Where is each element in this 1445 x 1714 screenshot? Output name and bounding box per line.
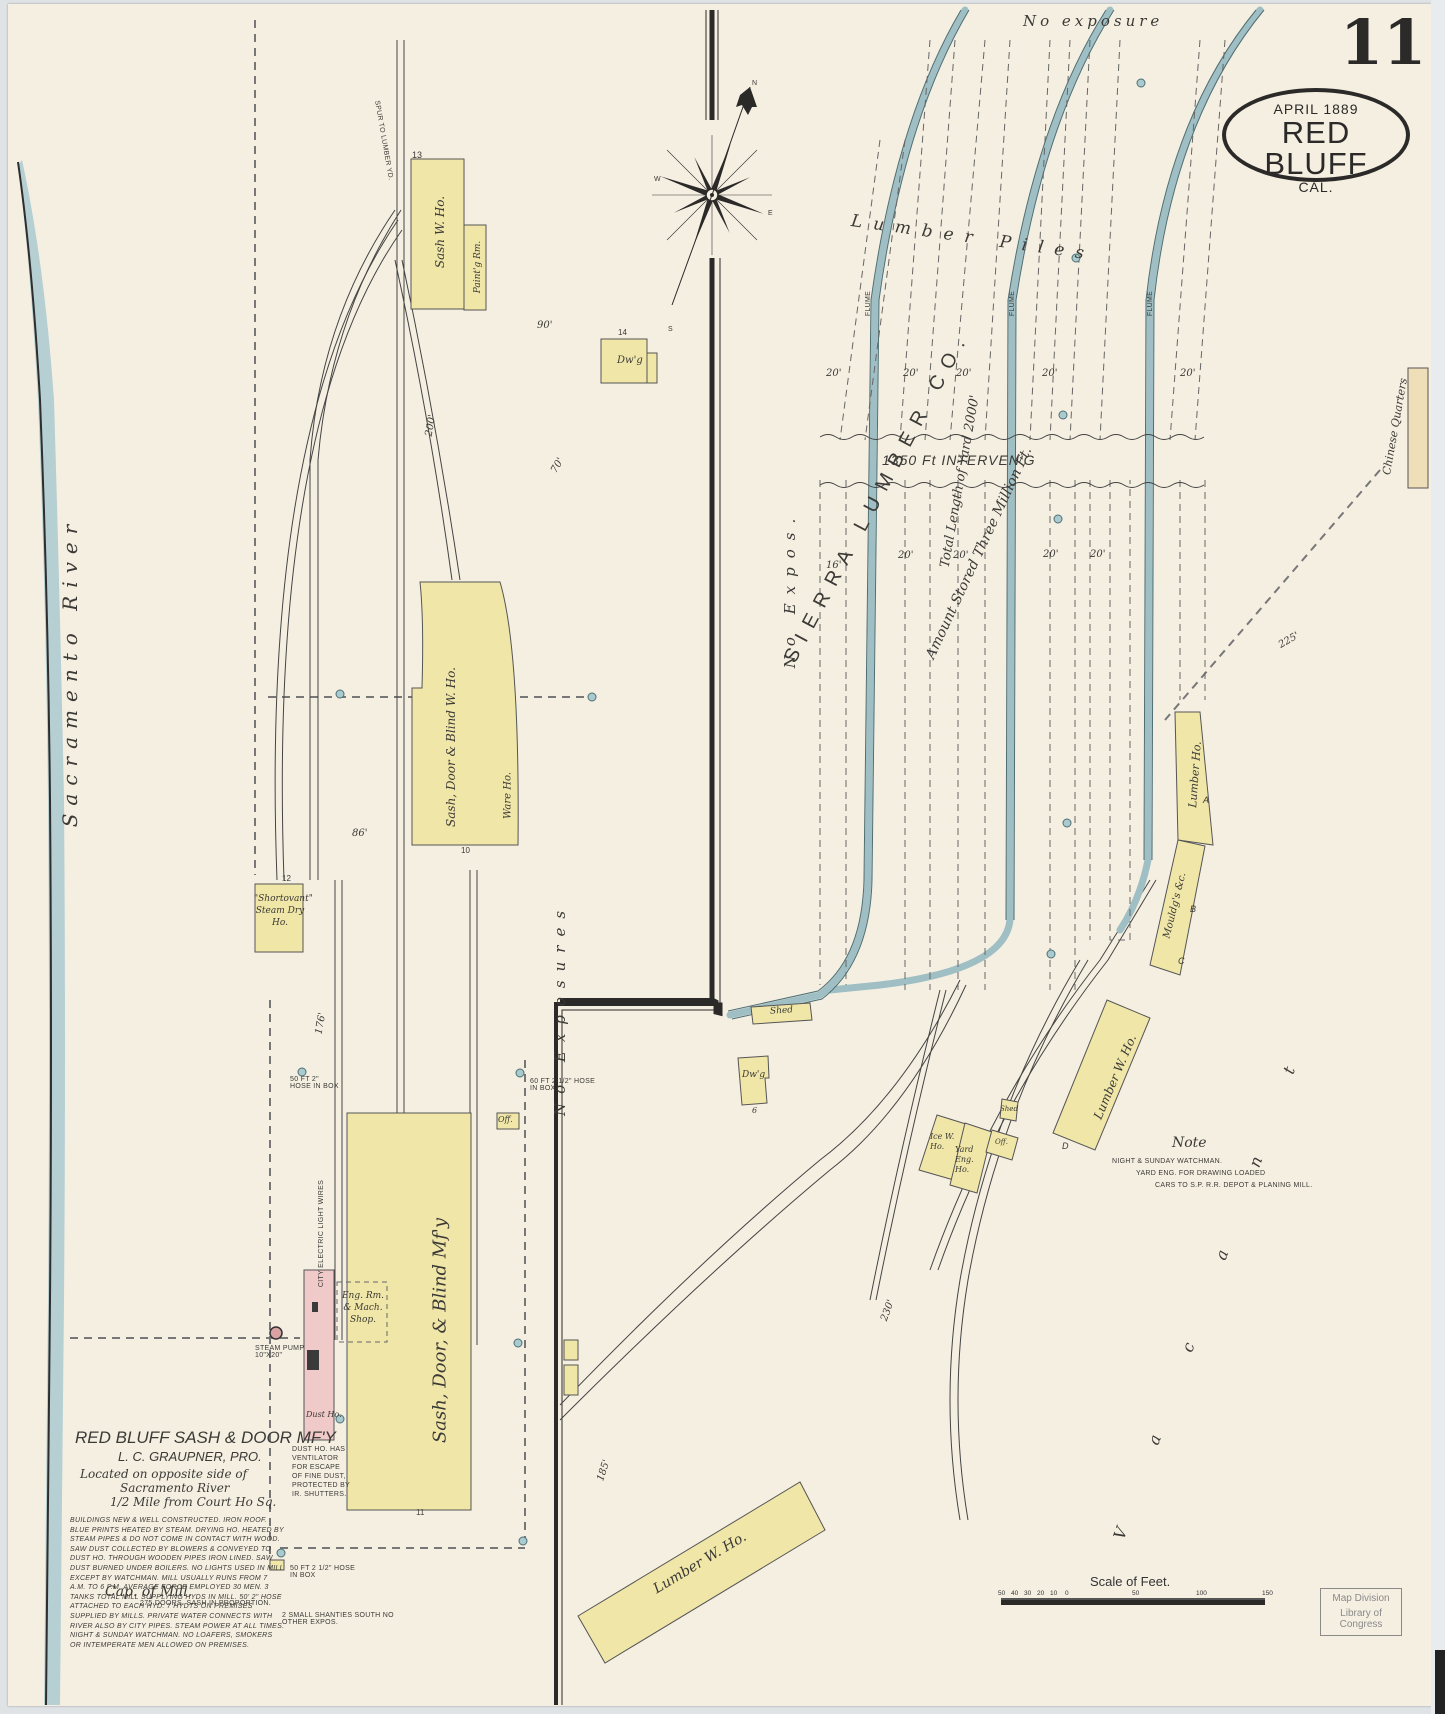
scale-tick: 50 xyxy=(1132,1590,1139,1597)
scale-tick: 50 xyxy=(998,1590,1005,1597)
stamp-line-2: Library of Congress xyxy=(1321,1608,1401,1630)
title-cartouche: APRIL 1889 RED BLUFF CAL. xyxy=(1222,88,1410,182)
hose-note-2: 60 FT 2 1/2" HOSE IN BOX xyxy=(530,1078,600,1092)
mill-proprietor: L. C. GRAUPNER, PRO. xyxy=(118,1449,262,1464)
pile-width: 20' xyxy=(898,550,913,561)
river-label: Sacramento River xyxy=(58,402,82,942)
compass-n: N xyxy=(752,80,757,87)
scale-bar xyxy=(1001,1598,1265,1605)
mill-title: RED BLUFF SASH & DOOR MF'Y xyxy=(75,1428,336,1448)
city-name: RED BLUFF xyxy=(1226,117,1406,179)
flume-label: FLUME xyxy=(1147,291,1154,316)
flume-label: FLUME xyxy=(1009,291,1016,316)
library-stamp: Map Division Library of Congress xyxy=(1320,1588,1402,1636)
exposure-top: No exposure xyxy=(1023,12,1163,30)
scale-tick: 30 xyxy=(1024,1590,1031,1597)
building-14-label: Dw'g xyxy=(617,355,643,366)
stamp-line-1: Map Division xyxy=(1321,1593,1401,1604)
pile-width: 20' xyxy=(1042,368,1057,379)
yard-eng-label: Yard Eng. Ho. xyxy=(955,1145,985,1175)
chinese-quarters xyxy=(1408,368,1428,488)
pile-width: 20' xyxy=(956,368,971,379)
building-11-label: Sash, Door, & Blind Mf'y xyxy=(430,1181,451,1481)
pile-width: 20' xyxy=(1043,549,1058,560)
building-11-number: 11 xyxy=(416,1508,424,1517)
dwelling-6-label: Dw'g xyxy=(742,1070,765,1080)
building-13-number: 13 xyxy=(412,150,422,160)
note-line-3: CARS TO S.P. R.R. DEPOT & PLANING MILL. xyxy=(1155,1182,1312,1189)
note-title: Note xyxy=(1172,1135,1207,1151)
steam-pump xyxy=(270,1327,282,1339)
building-12-number: 12 xyxy=(282,874,291,883)
exposure-left: No Exposures xyxy=(551,849,569,1169)
building-10-label: Sash, Door & Blind W. Ho. xyxy=(444,662,458,832)
electric-wires-note: CITY ELECTRIC LIGHT WIRES xyxy=(318,1180,325,1287)
dwelling-6 xyxy=(738,1056,769,1105)
scale-title: Scale of Feet. xyxy=(1090,1574,1170,1589)
building-13-annex: Paint'g Rm. xyxy=(473,237,483,297)
scale-tick: 0 xyxy=(1065,1590,1069,1597)
pile-width: 20' xyxy=(953,550,968,561)
pile-width: 20' xyxy=(903,368,918,379)
pile-width: 20' xyxy=(1090,549,1105,560)
pile-width: 20' xyxy=(826,368,841,379)
state-name: CAL. xyxy=(1226,179,1406,195)
engine-room-label: Eng. Rm. & Mach. Shop. xyxy=(338,1290,388,1326)
building-10-number: 10 xyxy=(461,846,470,855)
office-2-label: Off. xyxy=(995,1138,1008,1146)
shed-2-label: Shed xyxy=(1000,1105,1018,1113)
mark-b: B xyxy=(1190,904,1196,914)
building-12-label: "Shortovant" Steam Dry Ho. xyxy=(254,893,306,929)
scale-tick: 40 xyxy=(1011,1590,1018,1597)
scale-tick: 10 xyxy=(1050,1590,1057,1597)
hose-note-3: 50 FT 2 1/2" HOSE IN BOX xyxy=(290,1565,360,1579)
distance-label: 86' xyxy=(352,828,367,839)
mill-location-2: Sacramento River xyxy=(120,1481,230,1495)
dwelling-6-number: 6 xyxy=(752,1106,757,1115)
sheet-number: 11 xyxy=(1340,6,1426,79)
capacity-body: 275 DOORS. SASH IN PROPORTION. xyxy=(140,1600,271,1607)
lumber-warehouse-d xyxy=(1053,1000,1150,1150)
building-10-annex: Ware Ho. xyxy=(503,766,514,826)
mark-c: C xyxy=(1178,956,1185,966)
dust-house-note: DUST HO. HAS VENTILATOR FOR ESCAPE OF FI… xyxy=(292,1445,350,1499)
mark-a: A xyxy=(1203,795,1209,805)
mill-location-1: Located on opposite side of xyxy=(80,1467,247,1481)
pile-width: 20' xyxy=(1180,368,1195,379)
pile-width: 16' xyxy=(826,560,841,571)
steam-pump-note: STEAM PUMP 10"x20" xyxy=(255,1345,325,1359)
scale-tick: 20 xyxy=(1037,1590,1044,1597)
distance-label: 90' xyxy=(537,320,552,331)
office-label: Off. xyxy=(498,1115,513,1124)
compass-w: W xyxy=(654,176,661,183)
dust-house-label: Dust Ho. xyxy=(306,1410,342,1419)
hose-note-1: 50 FT 2" HOSE IN BOX xyxy=(290,1076,340,1090)
building-13-label: Sash W. Ho. xyxy=(433,192,447,272)
exposure-middle: No Expos. xyxy=(781,479,799,699)
note-line-1: NIGHT & SUNDAY WATCHMAN. xyxy=(1112,1158,1222,1165)
mark-d: D xyxy=(1062,1141,1069,1151)
scale-tick: 100 xyxy=(1196,1590,1207,1597)
shed-label: Shed xyxy=(770,1005,794,1017)
capacity-title: Cap. of Mill. xyxy=(105,1584,192,1600)
shanties-note: 2 SMALL SHANTIES SOUTH NO OTHER EXPOS. xyxy=(282,1612,402,1626)
mill-location-3: 1/2 Mile from Court Ho Sq. xyxy=(110,1495,276,1509)
building-14-number: 14 xyxy=(618,328,627,337)
lumber-warehouse-south xyxy=(578,1482,825,1663)
compass-s: S xyxy=(668,326,673,333)
scale-tick: 150 xyxy=(1262,1590,1273,1597)
flume-label: FLUME xyxy=(865,291,872,316)
compass-e: E xyxy=(768,210,773,217)
